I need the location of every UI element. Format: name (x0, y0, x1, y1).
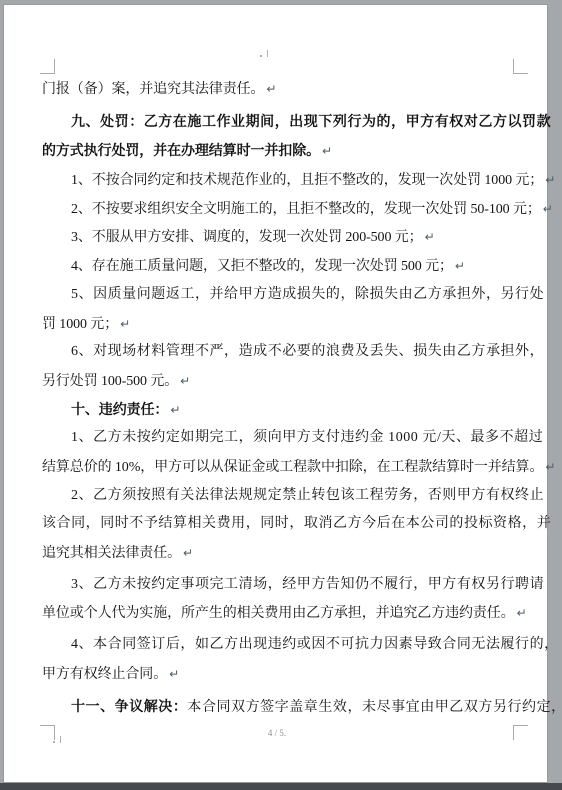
document-line[interactable]: 2、乙方须按照有关法律法规规定禁止转包该工程劳务，否则甲方有权终止 (42, 482, 512, 511)
document-line[interactable]: 5、因质量问题返工，并给甲方造成损失的，除损失由乙方承担外，另行处 (42, 281, 512, 310)
text-segment: 5、因质量问题返工，并给甲方造成损失的，除损失由乙方承担外，另行处 (71, 287, 544, 302)
paragraph-mark-icon: ↵ (543, 202, 553, 216)
document-line[interactable]: 十一、争议解决：本合同双方签字盖章生效，未尽事宜由甲乙双方另行约定， (42, 694, 512, 723)
paragraph-mark-icon: ↵ (545, 460, 555, 474)
text-segment: 单位或个人代为实施，所产生的相关费用由乙方承担，并追究乙方违约责任。 (42, 606, 515, 621)
document-line[interactable]: 追究其相关法律责任。↵ (42, 539, 512, 568)
page-edge-strip (0, 783, 562, 790)
text-segment: 本合同双方签字盖章生效，未尽事宜由甲乙双方另行约定， (187, 700, 562, 715)
document-line[interactable]: 结算总价的 10%，甲方可以从保证金或工程款中扣除，在工程款结算时一并结算。↵ (42, 453, 512, 482)
text-segment: 十、违约责任： (71, 403, 168, 418)
document-line[interactable]: 3、不服从甲方安排、调度的，发现一次处罚 200-500 元；↵ (42, 223, 512, 252)
margin-crop-mark-top-right-icon (513, 59, 528, 74)
paragraph-mark-icon: ↵ (180, 374, 190, 388)
text-segment: 罚 1000 元； (42, 317, 118, 332)
document-line[interactable]: 1、乙方未按约定如期完工，须向甲方支付违约金 1000 元/天、最多不超过 (42, 424, 512, 453)
text-segment: 1、不按合同约定和技术规范作业的，且拒不整改的，发现一次处罚 1000 元； (71, 173, 543, 188)
document-line[interactable]: 1、不按合同约定和技术规范作业的，且拒不整改的，发现一次处罚 1000 元；↵ (42, 166, 512, 195)
text-segment: 4、本合同签订后，如乙方出现违约或因不可抗力因素导致合同无法履行的， (71, 637, 559, 652)
document-line[interactable]: 单位或个人代为实施，所产生的相关费用由乙方承担，并追究乙方违约责任。↵ (42, 599, 512, 628)
document-line[interactable]: 6、对现场材料管理不严，造成不必要的浪费及丢失、损失由乙方承担外， (42, 338, 512, 367)
paragraph-mark-icon: ↵ (266, 82, 276, 96)
document-line[interactable]: 该合同，同时不予结算相关费用，同时，取消乙方今后在本公司的投标资格，并 (42, 510, 512, 539)
text-segment: 3、不服从甲方安排、调度的，发现一次处罚 200-500 元； (71, 230, 423, 245)
paragraph-mark-icon: ↵ (183, 546, 193, 560)
document-line[interactable]: 九、处罚：乙方在施工作业期间，出现下列行为的，甲方有权对乙方以罚款 (42, 109, 512, 138)
text-segment: 另行处罚 100-500 元。 (42, 374, 178, 389)
text-segment: 九、处罚：乙方在施工作业期间，出现下列行为的，甲方有权对乙方以罚款 (71, 115, 551, 130)
word-processor-window: { "colors": { "window_bg": "#a5a8ab", "p… (0, 0, 562, 790)
paragraph-mark-icon: ↵ (120, 317, 130, 331)
text-segment: 追究其相关法律责任。 (42, 546, 181, 561)
paragraph-mark-icon: ↵ (517, 606, 527, 620)
document-line[interactable]: 的方式执行处罚，并在办理结算时一并扣除。↵ (42, 137, 512, 166)
paragraph-mark-icon: ↵ (322, 144, 332, 158)
text-segment: 3、乙方未按约定事项完工清场，经甲方告知仍不履行，甲方有权另行聘请 (71, 577, 544, 592)
document-line[interactable]: 罚 1000 元；↵ (42, 310, 512, 339)
header-paragraph-mark-icon (263, 50, 268, 57)
paragraph-mark-icon: ↵ (170, 403, 180, 417)
document-line[interactable]: 2、不按要求组织安全文明施工的，且拒不整改的，发现一次处罚 50-100 元；↵ (42, 195, 512, 224)
document-line[interactable]: 甲方有权终止合同。↵ (42, 660, 512, 689)
document-line[interactable]: 门报（备）案，并追究其法律责任。↵ (42, 75, 512, 104)
text-segment: 6、对现场材料管理不严，造成不必要的浪费及丢失、损失由乙方承担外， (71, 344, 544, 359)
text-segment: 2、乙方须按照有关法律法规规定禁止转包该工程劳务，否则甲方有权终止 (71, 488, 544, 503)
document-line[interactable]: 4、存在施工质量问题，又拒不整改的，发现一次处罚 500 元；↵ (42, 252, 512, 281)
text-segment: 结算总价的 10%，甲方可以从保证金或工程款中扣除，在工程款结算时一并结算。 (42, 460, 543, 475)
paragraph-mark-icon: ↵ (545, 173, 555, 187)
text-segment: 1、乙方未按约定如期完工，须向甲方支付违约金 1000 元/天、最多不超过 (71, 430, 543, 445)
text-segment: 甲方有权终止合同。 (42, 667, 167, 682)
paragraph-mark-icon: ↵ (425, 230, 435, 244)
paragraph-mark-icon: ↵ (455, 259, 465, 273)
text-segment: 该合同，同时不予结算相关费用，同时，取消乙方今后在本公司的投标资格，并 (42, 516, 551, 531)
page-number: 4 / 5. (42, 727, 512, 739)
document-line[interactable]: 4、本合同签订后，如乙方出现违约或因不可抗力因素导致合同无法履行的， (42, 631, 512, 660)
text-segment: 十一、争议解决： (71, 700, 187, 715)
document-page[interactable]: 门报（备）案，并追究其法律责任。↵九、处罚：乙方在施工作业期间，出现下列行为的，… (3, 4, 548, 783)
paragraph-mark-icon: ↵ (169, 667, 179, 681)
document-line[interactable]: 十、违约责任：↵ (42, 396, 512, 425)
document-text-area[interactable]: 门报（备）案，并追究其法律责任。↵九、处罚：乙方在施工作业期间，出现下列行为的，… (42, 75, 512, 723)
document-line[interactable]: 3、乙方未按约定事项完工清场，经甲方告知仍不履行，甲方有权另行聘请 (42, 571, 512, 600)
text-segment: 4、存在施工质量问题，又拒不整改的，发现一次处罚 500 元； (71, 259, 453, 274)
document-line[interactable]: 另行处罚 100-500 元。↵ (42, 367, 512, 396)
text-segment: 门报（备）案，并追究其法律责任。 (42, 82, 264, 97)
text-segment: 2、不按要求组织安全文明施工的，且拒不整改的，发现一次处罚 50-100 元； (71, 202, 541, 217)
margin-crop-mark-top-left-icon (40, 59, 55, 74)
margin-crop-mark-bottom-right-icon (513, 725, 528, 740)
text-segment: 的方式执行处罚，并在办理结算时一并扣除。 (42, 144, 320, 159)
